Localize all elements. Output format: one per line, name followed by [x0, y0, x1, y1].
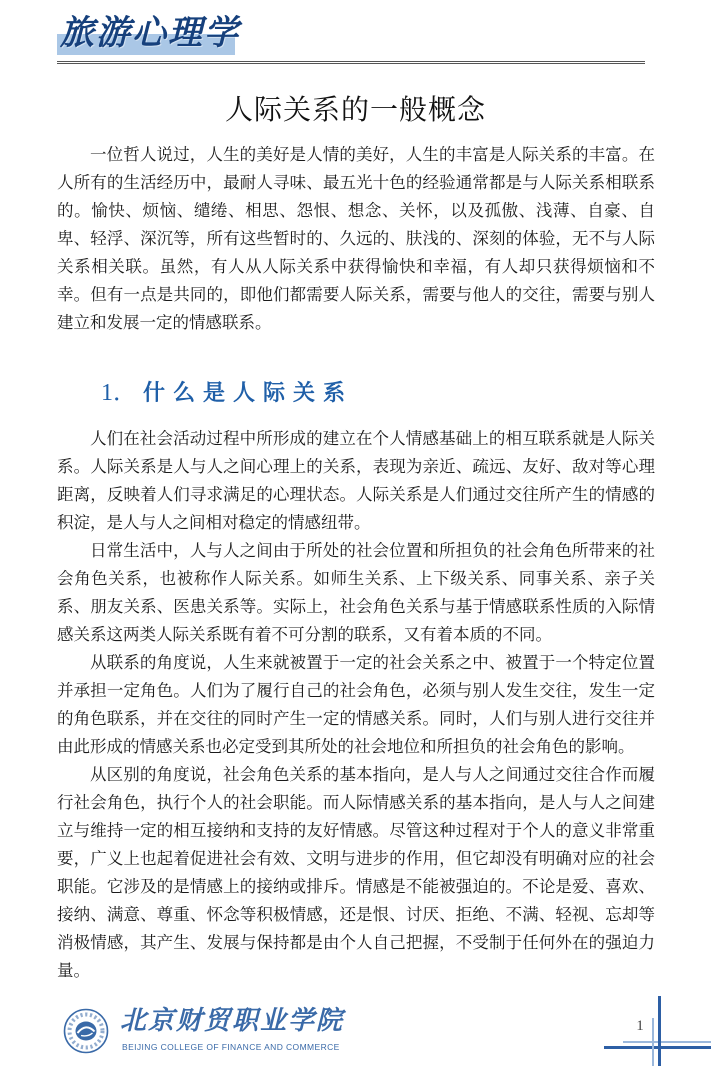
book-page: 旅游心理学 人际关系的一般概念 一位哲人说过，人生的美好是人情的美好，人生的丰富… [0, 0, 711, 1066]
decor-line-vertical-light [652, 1018, 654, 1066]
paragraph-intro: 一位哲人说过，人生的美好是人情的美好，人生的丰富是人际关系的丰富。在人所有的生活… [57, 141, 655, 337]
college-seal-icon [63, 1008, 109, 1054]
section-title: 什么是人际关系 [143, 380, 353, 405]
decor-line-horizontal-light [623, 1041, 711, 1043]
header-rule [57, 61, 645, 64]
paragraph: 从区别的角度说，社会角色关系的基本指向，是人与人之间通过交往合作而履行社会角色，… [57, 761, 655, 985]
content: 一位哲人说过，人生的美好是人情的美好，人生的丰富是人际关系的丰富。在人所有的生活… [57, 141, 655, 985]
college-name-cn: 北京财贸职业学院 [120, 1004, 344, 1038]
section-heading: 1．什么是人际关系 [57, 378, 655, 408]
page-title: 人际关系的一般概念 [0, 88, 711, 128]
paragraph: 从联系的角度说，人生来就被置于一定的社会关系之中、被置于一个特定位置并承担一定角… [57, 649, 655, 761]
decor-line-vertical-dark [658, 996, 661, 1066]
book-title: 旅游心理学 [60, 14, 240, 54]
college-name-en: BEIJING COLLEGE OF FINANCE AND COMMERCE [122, 1042, 340, 1052]
section-number: 1． [101, 380, 137, 406]
paragraph: 日常生活中，人与人之间由于所处的社会位置和所担负的社会角色所带来的社会角色关系，… [57, 537, 655, 649]
paragraph: 人们在社会活动过程中所形成的建立在个人情感基础上的相互联系就是人际关系。人际关系… [57, 425, 655, 537]
page-number: 1 [630, 1018, 650, 1035]
